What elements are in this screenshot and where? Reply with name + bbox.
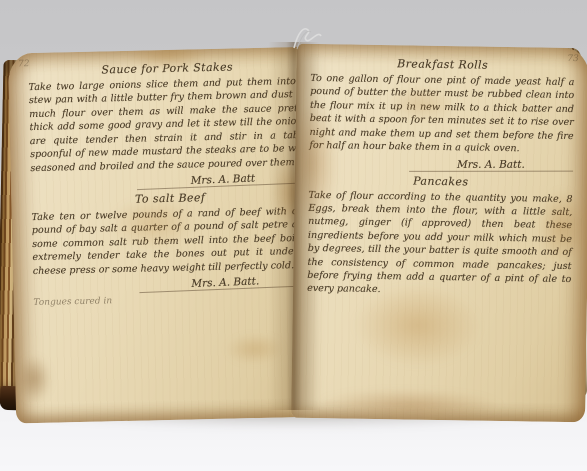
signature: Mrs. A. Batt. <box>139 273 312 293</box>
recipe-breakfast-rolls: Breakfast Rolls To one gallon of flour o… <box>309 56 575 173</box>
signature: Mrs. A. Batt <box>136 170 309 190</box>
recipe-body: Take of flour according to the quantity … <box>307 188 573 300</box>
right-page-number: 73 <box>567 54 579 64</box>
recipe-title: Breakfast Rolls <box>311 56 575 73</box>
recipe-salt-beef: To salt Beef Take ten or twelve pounds o… <box>31 189 311 294</box>
recipe-title: Pancakes <box>309 172 573 189</box>
recipe-pancakes: Pancakes Take of flour according to the … <box>307 172 573 300</box>
right-page: 73 Breakfast Rolls To one gallon of flou… <box>291 44 587 423</box>
recipe-book: 72 Sauce for Pork Stakes Take two large … <box>0 0 587 471</box>
left-page-number: 72 <box>18 59 30 69</box>
recipe-body: Take ten or twelve pounds of a rand of b… <box>31 205 310 278</box>
signature: Mrs. A. Batt. <box>409 158 573 171</box>
recipe-pork-stakes-sauce: Sauce for Pork Stakes Take two large oni… <box>28 59 309 191</box>
recipe-body: To one gallon of flour one pint of made … <box>309 72 574 157</box>
stain <box>315 388 505 421</box>
left-page: 72 Sauce for Pork Stakes Take two large … <box>8 47 326 424</box>
recipe-body: Take two large onions slice them and put… <box>28 75 308 175</box>
stain <box>224 333 285 364</box>
stain <box>17 355 52 404</box>
photograph: 72 Sauce for Pork Stakes Take two large … <box>0 0 587 471</box>
binding-thread-icon <box>288 22 326 52</box>
catchword-line: Tongues cured in <box>33 292 311 308</box>
